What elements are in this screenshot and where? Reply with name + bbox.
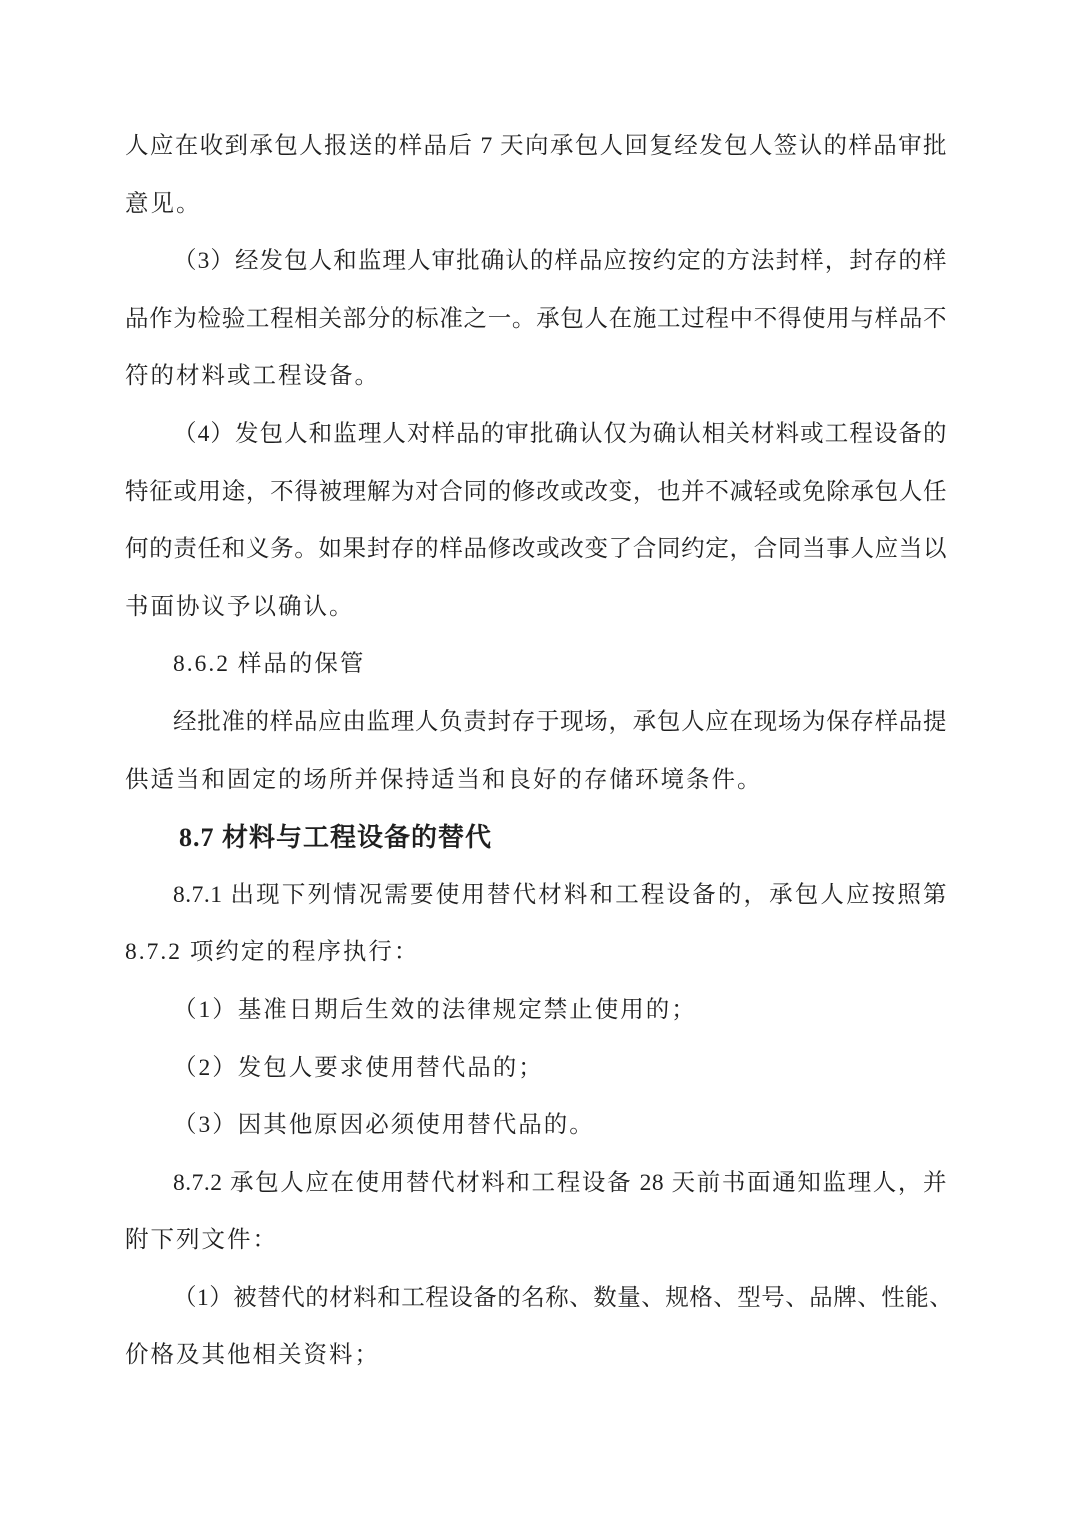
clause-heading-8-6-2-sample-storage: 8.6.2 样品的保管 bbox=[125, 636, 947, 694]
body-line-opinion-end: 意见。 bbox=[125, 176, 947, 234]
body-line-price-other-info-end: 价格及其他相关资料； bbox=[125, 1327, 947, 1385]
list-item-3-sample-sealing: （3）经发包人和监理人审批确认的样品应按约定的方法封样，封存的样 bbox=[125, 233, 947, 291]
clause-8-7-1-procedure-end: 8.7.2 项约定的程序执行： bbox=[125, 924, 947, 982]
clause-8-7-2-attach-documents-end: 附下列文件： bbox=[125, 1212, 947, 1270]
clause-8-7-2-notify-supervisor: 8.7.2 承包人应在使用替代材料和工程设备 28 天前书面通知监理人，并 bbox=[125, 1155, 947, 1213]
body-line-responsibility-obligation: 何的责任和义务。如果封存的样品修改或改变了合同约定，合同当事人应当以 bbox=[125, 521, 947, 579]
list-item-1-replaced-material-info: （1）被替代的材料和工程设备的名称、数量、规格、型号、品牌、性能、 bbox=[125, 1270, 947, 1328]
list-item-2-employer-request: （2）发包人要求使用替代品的； bbox=[125, 1040, 947, 1098]
contract-document-page: 人应在收到承包人报送的样品后 7 天向承包人回复经发包人签认的样品审批 意见。 … bbox=[0, 0, 1074, 1520]
body-line-sample-approval-reply: 人应在收到承包人报送的样品后 7 天向承包人回复经发包人签认的样品审批 bbox=[125, 118, 947, 176]
body-line-feature-or-use: 特征或用途，不得被理解为对合同的修改或改变，也并不减轻或免除承包人任 bbox=[125, 464, 947, 522]
section-heading-8-7-substitution: 8.7 材料与工程设备的替代 bbox=[125, 809, 947, 867]
list-item-3-other-reasons: （3）因其他原因必须使用替代品的。 bbox=[125, 1097, 947, 1155]
body-line-sample-standard: 品作为检验工程相关部分的标准之一。承包人在施工过程中不得使用与样品不 bbox=[125, 291, 947, 349]
list-item-1-law-prohibited: （1）基准日期后生效的法律规定禁止使用的； bbox=[125, 982, 947, 1040]
body-line-storage-conditions-end: 供适当和固定的场所并保持适当和良好的存储环境条件。 bbox=[125, 752, 947, 810]
clause-8-7-1-substitute-situations: 8.7.1 出现下列情况需要使用替代材料和工程设备的，承包人应按照第 bbox=[125, 867, 947, 925]
body-line-approved-sample-sealed: 经批准的样品应由监理人负责封存于现场，承包人应在现场为保存样品提 bbox=[125, 694, 947, 752]
body-line-material-equipment-end: 符的材料或工程设备。 bbox=[125, 348, 947, 406]
list-item-4-approval-confirmation: （4）发包人和监理人对样品的审批确认仅为确认相关材料或工程设备的 bbox=[125, 406, 947, 464]
body-line-written-agreement-end: 书面协议予以确认。 bbox=[125, 579, 947, 637]
